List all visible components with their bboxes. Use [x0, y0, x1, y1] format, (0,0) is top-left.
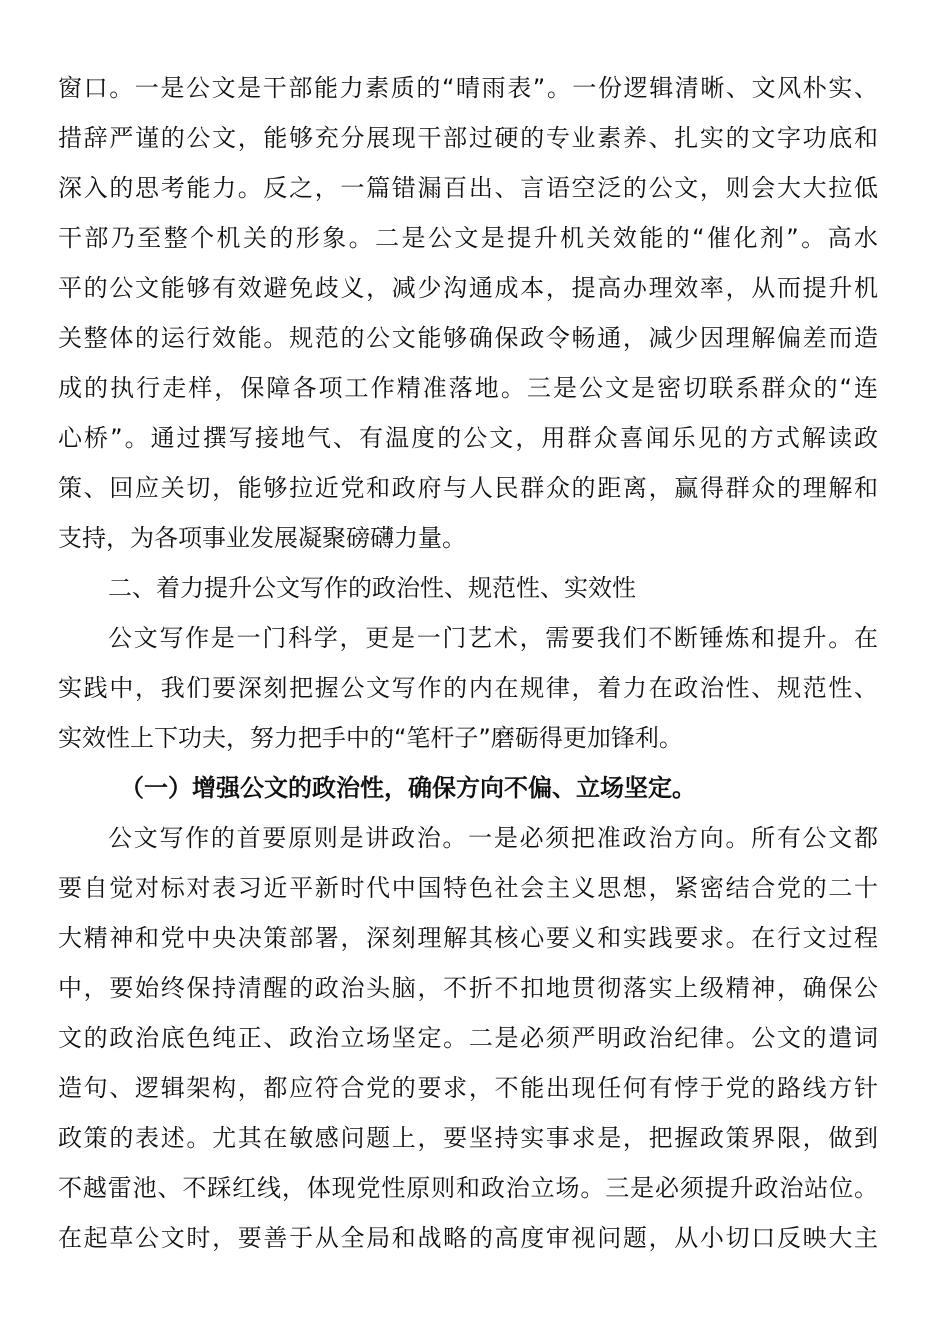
body-text-line: 中，要始终保持清醒的政治头脑，不折不扣地贯彻落实上级精神，确保公 — [58, 963, 878, 1013]
body-text-line: 不越雷池、不踩红线，体现党性原则和政治立场。三是必须提升政治站位。 — [58, 1163, 878, 1213]
paragraph-first-line: 公文写作的首要原则是讲政治。一是必须把准政治方向。所有公文都 — [108, 813, 878, 863]
body-text-line: 窗口。一是公文是干部能力素质的“晴雨表”。一份逻辑清晰、文风朴实、 — [58, 63, 878, 113]
body-text-line: 心桥”。通过撰写接地气、有温度的公文，用群众喜闻乐见的方式解读政 — [58, 413, 878, 463]
body-text-line: 要自觉对标对表习近平新时代中国特色社会主义思想，紧密结合党的二十 — [58, 863, 878, 913]
body-text-line: 干部乃至整个机关的形象。二是公文是提升机关效能的“催化剂”。高水 — [58, 213, 878, 263]
body-text-line: 深入的思考能力。反之，一篇错漏百出、言语空泛的公文，则会大大拉低 — [58, 163, 878, 213]
body-text-line: 实效性上下功夫，努力把手中的“笔杆子”磨砺得更加锋利。 — [58, 713, 878, 763]
subsection-heading: （一）增强公文的政治性，确保方向不偏、立场坚定。 — [120, 763, 820, 813]
body-text-line: 成的执行走样，保障各项工作精准落地。三是公文是密切联系群众的“连 — [58, 363, 878, 413]
body-text-line: 大精神和党中央决策部署，深刻理解其核心要义和实践要求。在行文过程 — [58, 913, 878, 963]
body-text-line: 平的公文能够有效避免歧义，减少沟通成本，提高办理效率，从而提升机 — [58, 263, 878, 313]
body-text-line: 造句、逻辑架构，都应符合党的要求，不能出现任何有悖于党的路线方针 — [58, 1063, 878, 1113]
body-text-line: 支持，为各项事业发展凝聚磅礴力量。 — [58, 513, 878, 563]
paragraph-first-line: 公文写作是一门科学，更是一门艺术，需要我们不断锤炼和提升。在 — [108, 613, 878, 663]
body-text-line: 在起草公文时，要善于从全局和战略的高度审视问题，从小切口反映大主 — [58, 1213, 878, 1263]
body-text-line: 关整体的运行效能。规范的公文能够确保政令畅通，减少因理解偏差而造 — [58, 313, 878, 363]
body-text-line: 实践中，我们要深刻把握公文写作的内在规律，着力在政治性、规范性、 — [58, 663, 878, 713]
body-text-line: 措辞严谨的公文，能够充分展现干部过硬的专业素养、扎实的文字功底和 — [58, 113, 878, 163]
body-text-line: 策、回应关切，能够拉近党和政府与人民群众的距离，赢得群众的理解和 — [58, 463, 878, 513]
document-page: 窗口。一是公文是干部能力素质的“晴雨表”。一份逻辑清晰、文风朴实、 措辞严谨的公… — [0, 0, 950, 1344]
section-heading: 二、着力提升公文写作的政治性、规范性、实效性 — [108, 563, 878, 613]
body-text-line: 政策的表述。尤其在敏感问题上，要坚持实事求是，把握政策界限，做到 — [58, 1113, 878, 1163]
body-text-line: 文的政治底色纯正、政治立场坚定。二是必须严明政治纪律。公文的遣词 — [58, 1013, 878, 1063]
